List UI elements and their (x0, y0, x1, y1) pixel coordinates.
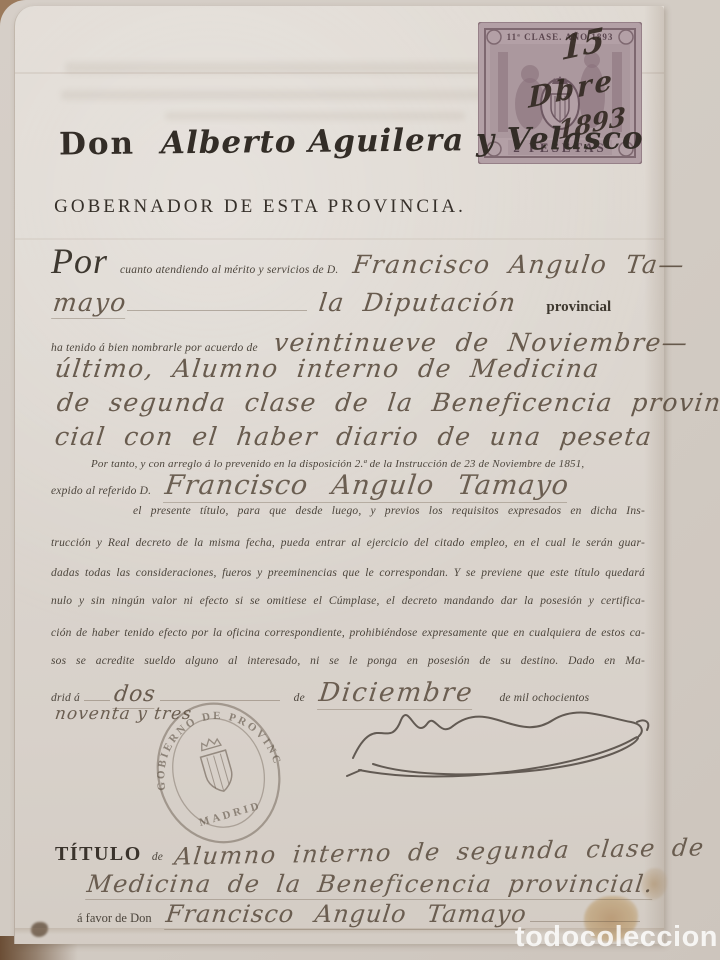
ink-ghost-offset (165, 112, 465, 120)
titulo-hand-line2: Medicina de la Beneficencia provincial. (85, 870, 655, 900)
body-print-12: nulo y sin ningún valor ni efecto si se … (51, 595, 645, 607)
document-sheet: 11ª CLASE. AÑO 1893 2 PESETAS 15 Dbre 18… (14, 6, 664, 944)
torn-edge-stain (641, 868, 667, 900)
body-hand-4: último, Alumno interno de Medicina (53, 354, 601, 383)
body-hand-mayo: mayo (51, 288, 129, 319)
body-print-14: sos se acredite sueldo alguno al interes… (51, 655, 645, 667)
governor-signature (339, 692, 659, 787)
body-print-de: de (294, 692, 305, 704)
body-hand-6: cial con el haber diario de una peseta (53, 422, 654, 451)
issuer-title: GOBERNADOR DE ESTA PROVINCIA. (45, 196, 475, 218)
body-hand-diputacion: la Diputación (317, 288, 518, 317)
form-blank-line (84, 683, 110, 701)
body-print-1: cuanto atendiendo al mérito y servicios … (120, 264, 339, 276)
manuscript-day: 15 (561, 20, 605, 68)
body-initial-por: Por (51, 241, 108, 281)
issuer-name-calligraphy: Don Alberto Aguilera y Velasco (59, 122, 529, 163)
body-hand-date-appointed: veintinueve de Noviembre— (272, 328, 690, 357)
don-word: Don (59, 126, 135, 163)
body-hand-name-1: Francisco Angulo Ta— (351, 250, 687, 279)
body-hand-name-2: Francisco Angulo Tamayo (163, 470, 571, 503)
seal-bottom-text: MADRID (198, 800, 263, 829)
photo-of-antique-document: { "watermark": { "label": "todocoleccion… (0, 0, 720, 960)
form-blank-line (127, 293, 307, 311)
body-print-7: Por tanto, y con arreglo á lo prevenido … (91, 458, 584, 470)
titulo-hand-line1: Alumno interno de segunda clase de (173, 833, 706, 870)
body-print-9: el presente título, para que desde luego… (133, 505, 645, 517)
body-hand-5: de segunda clase de la Beneficencia prov… (55, 388, 720, 417)
body-print-13: ción de haber tenido efecto por la ofici… (51, 627, 645, 639)
titulo-label: TÍTULO (55, 843, 142, 865)
body-print-3: ha tenido á bien nombrarle por acuerdo d… (51, 342, 258, 354)
body-print-8: expido al referido D. (51, 485, 151, 497)
site-watermark: todocoleccion (515, 921, 718, 954)
favor-name: Francisco Angulo Tamayo (164, 900, 528, 930)
issuer-name: Alberto Aguilera y Velasco (161, 120, 644, 161)
body-print-provincial: provincial (546, 299, 611, 315)
body-print-10: trucción y Real decreto de la misma fech… (51, 537, 645, 549)
titulo-de: de (152, 851, 163, 863)
body-print-drid: drid á (51, 692, 80, 704)
form-blank-line (530, 904, 640, 922)
paper-crease (15, 238, 664, 240)
favor-label: á favor de Don (77, 911, 152, 925)
body-print-11: dadas todas las consideraciones, fueros … (51, 567, 645, 579)
ink-ghost-offset (65, 62, 535, 74)
